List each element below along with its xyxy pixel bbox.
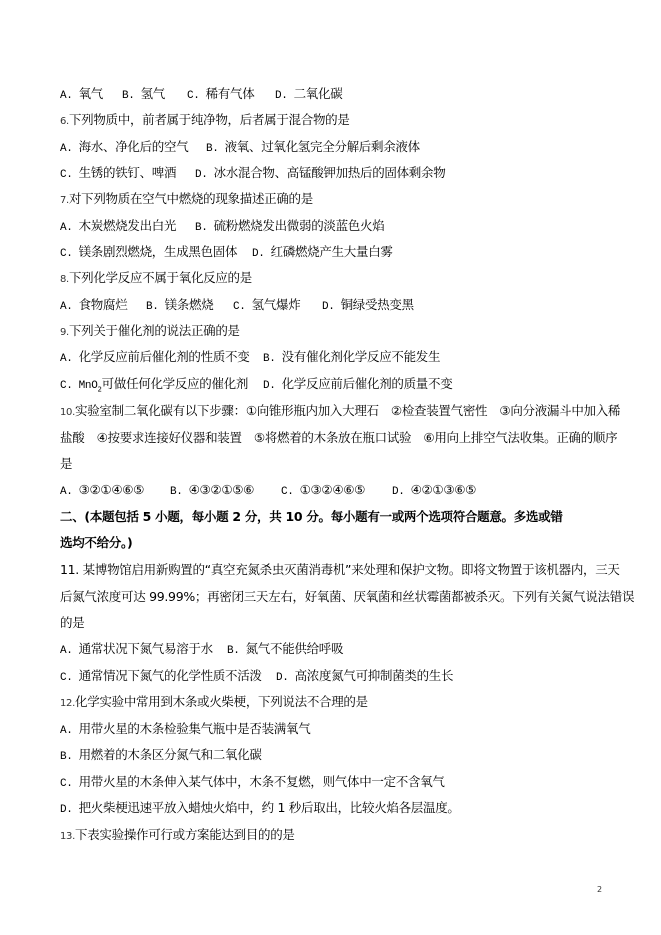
q9-option-d: D.化学反应前后催化剂的质量不变 bbox=[263, 376, 452, 394]
q10-option-d: D.④②①③⑥⑤ bbox=[392, 482, 476, 500]
q10-option-c: C.①③②④⑥⑤ bbox=[281, 482, 365, 500]
q12-option-c: C.用带火星的木条伸入某气体中，木条不复燃，则气体中一定不含氧气 bbox=[60, 774, 445, 792]
q11-stem-line2: 后氮气浓度可达 99.99%；再密闭三天左右，好氧菌、厌氧菌和丝状霉菌都被杀灭。… bbox=[60, 589, 634, 605]
q11-option-b: B.氮气不能供给呼吸 bbox=[227, 641, 343, 659]
q13-stem: 13.下表实验操作可行或方案能达到目的的是 bbox=[60, 827, 295, 845]
q10-stem-line1: 10.实验室制二氧化碳有以下步骤：①向锥形瓶内加入大理石 ②检查装置气密性 ③向… bbox=[60, 403, 620, 421]
q9-option-c: C.MnO2可做任何化学反应的催化剂 bbox=[60, 376, 248, 398]
q8-stem: 8.下列化学反应不属于氧化反应的是 bbox=[60, 270, 252, 288]
q12-option-b: B.用燃着的木条区分氮气和二氧化碳 bbox=[60, 747, 262, 765]
q12-option-a: A.用带火星的木条检验集气瓶中是否装满氧气 bbox=[60, 721, 310, 739]
q7-option-c: C.镁条剧烈燃烧，生成黑色固体 bbox=[60, 244, 237, 262]
q8-option-b: B.镁条燃烧 bbox=[146, 297, 213, 315]
q5-option-d: D.二氧化碳 bbox=[275, 86, 342, 104]
section2-heading-line1: 二、(本题包括 5 小题，每小题 2 分，共 10 分。每小题有一或两个选项符合… bbox=[60, 509, 563, 525]
q9-option-b: B.没有催化剂化学反应不能发生 bbox=[263, 349, 440, 367]
q11-stem-line3: 的是 bbox=[60, 615, 84, 631]
q6-option-c: C.生锈的铁钉、啤酒 bbox=[60, 165, 176, 183]
q6-option-a: A.海水、净化后的空气 bbox=[60, 139, 188, 157]
q6-option-b: B.液氧、过氧化氢完全分解后剩余液体 bbox=[206, 139, 420, 157]
q10-option-b: B.④③②①⑤⑥ bbox=[170, 482, 254, 500]
q8-option-d: D.铜绿受热变黑 bbox=[322, 297, 414, 315]
q5-option-b: B.氢气 bbox=[122, 86, 165, 104]
q5-option-a: A.氧气 bbox=[60, 86, 103, 104]
q7-option-b: B.硫粉燃烧发出微弱的淡蓝色火焰 bbox=[195, 218, 384, 236]
q11-option-a: A.通常状况下氮气易溶于水 bbox=[60, 641, 213, 659]
q7-option-d: D.红磷燃烧产生大量白雾 bbox=[252, 244, 393, 262]
q12-option-d: D.把火柴梗迅速平放入蜡烛火焰中，约 1 秒后取出，比较火焰各层温度。 bbox=[60, 800, 460, 818]
q9-option-a: A.化学反应前后催化剂的性质不变 bbox=[60, 349, 249, 367]
q7-stem: 7.对下列物质在空气中燃烧的现象描述正确的是 bbox=[60, 191, 313, 209]
page-number: 2 bbox=[597, 885, 602, 894]
exam-page: A.氧气 B.氢气 C.稀有气体 D.二氧化碳 6.下列物质中，前者属于纯净物，… bbox=[0, 0, 661, 935]
q5-option-c: C.稀有气体 bbox=[187, 86, 254, 104]
q10-stem-line2: 盐酸 ④按要求连接好仪器和装置 ⑤将燃着的木条放在瓶口试验 ⑥用向上排空气法收集… bbox=[60, 430, 617, 446]
q12-stem: 12.化学实验中常用到木条或火柴梗，下列说法不合理的是 bbox=[60, 694, 368, 712]
q9-stem: 9.下列关于催化剂的说法正确的是 bbox=[60, 323, 240, 341]
q11-option-c: C.通常情况下氮气的化学性质不活泼 bbox=[60, 668, 262, 686]
q8-option-a: A.食物腐烂 bbox=[60, 297, 127, 315]
q10-stem-line3: 是 bbox=[60, 456, 72, 472]
section2-heading-line2: 选均不给分。) bbox=[60, 535, 132, 551]
q6-option-d: D.冰水混合物、高锰酸钾加热后的固体剩余物 bbox=[195, 165, 445, 183]
q11-stem-line1: 11. 某博物馆启用新购置的“真空充氮杀虫灭菌消毒机”来处理和保护文物。即将文物… bbox=[60, 562, 620, 578]
q11-option-d: D.高浓度氮气可抑制菌类的生长 bbox=[276, 668, 453, 686]
q6-stem: 6.下列物质中，前者属于纯净物，后者属于混合物的是 bbox=[60, 112, 350, 130]
q7-option-a: A.木炭燃烧发出白光 bbox=[60, 218, 176, 236]
q10-option-a: A.③②①④⑥⑤ bbox=[60, 482, 144, 500]
q8-option-c: C.氢气爆炸 bbox=[233, 297, 300, 315]
